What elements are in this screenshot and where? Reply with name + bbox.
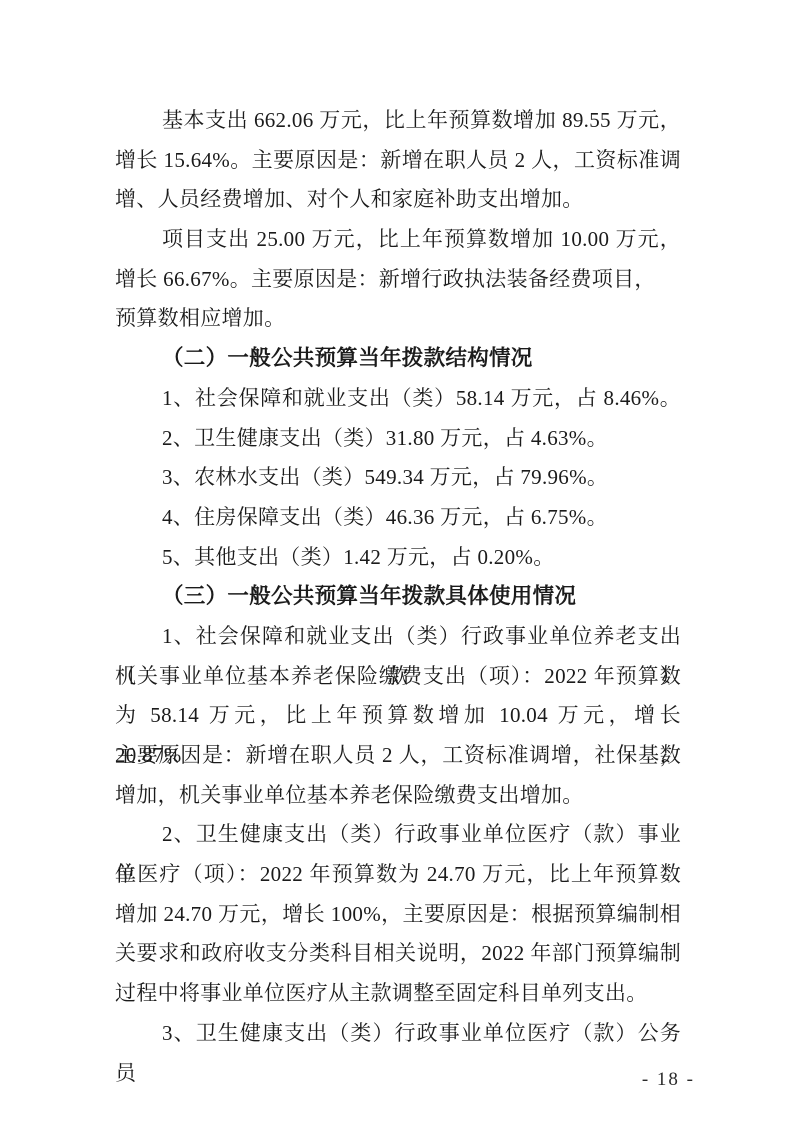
text-line: 增、人员经费增加、对个人和家庭补助支出增加。 xyxy=(115,180,681,220)
section-heading-3: （三）一般公共预算当年拨款具体使用情况 xyxy=(115,577,681,617)
text-line: 为 58.14 万元，比上年预算数增加 10.04 万元，增长 20.87%， xyxy=(115,696,681,736)
text-line: 预算数相应增加。 xyxy=(115,299,681,339)
list-item: 3、农林水支出（类）549.34 万元，占 79.96%。 xyxy=(115,458,681,498)
list-item: 4、住房保障支出（类）46.36 万元，占 6.75%。 xyxy=(115,498,681,538)
text-line: 项目支出 25.00 万元，比上年预算数增加 10.00 万元， xyxy=(115,220,681,260)
section-heading-2: （二）一般公共预算当年拨款结构情况 xyxy=(115,339,681,379)
document-body: 基本支出 662.06 万元，比上年预算数增加 89.55 万元， 增长 15.… xyxy=(115,101,681,1054)
text-line: 机关事业单位基本养老保险缴费支出（项）：2022 年预算数 xyxy=(115,657,681,697)
text-line: 增加，机关事业单位基本养老保险缴费支出增加。 xyxy=(115,776,681,816)
text-line: 位医疗（项）：2022 年预算数为 24.70 万元，比上年预算数 xyxy=(115,855,681,895)
page-number: - 18 - xyxy=(642,1066,695,1094)
list-item: 1、社会保障和就业支出（类）58.14 万元，占 8.46%。 xyxy=(115,379,681,419)
text-line: 增长 15.64%。主要原因是：新增在职人员 2 人，工资标准调 xyxy=(115,141,681,181)
text-line: 3、卫生健康支出（类）行政事业单位医疗（款）公务员 xyxy=(115,1014,681,1054)
text-line: 关要求和政府收支分类科目相关说明，2022 年部门预算编制 xyxy=(115,934,681,974)
text-line: 主要原因是：新增在职人员 2 人，工资标准调增，社保基数 xyxy=(115,736,681,776)
text-line: 增长 66.67%。主要原因是：新增行政执法装备经费项目， xyxy=(115,260,681,300)
text-line: 过程中将事业单位医疗从主款调整至固定科目单列支出。 xyxy=(115,974,681,1014)
text-line: 增加 24.70 万元，增长 100%，主要原因是：根据预算编制相 xyxy=(115,895,681,935)
text-line: 基本支出 662.06 万元，比上年预算数增加 89.55 万元， xyxy=(115,101,681,141)
document-page: 基本支出 662.06 万元，比上年预算数增加 89.55 万元， 增长 15.… xyxy=(0,0,793,1122)
list-item: 2、卫生健康支出（类）31.80 万元，占 4.63%。 xyxy=(115,419,681,459)
text-line: 2、卫生健康支出（类）行政事业单位医疗（款）事业单 xyxy=(115,815,681,855)
list-item: 5、其他支出（类）1.42 万元，占 0.20%。 xyxy=(115,538,681,578)
text-line: 1、社会保障和就业支出（类）行政事业单位养老支出（款） xyxy=(115,617,681,657)
